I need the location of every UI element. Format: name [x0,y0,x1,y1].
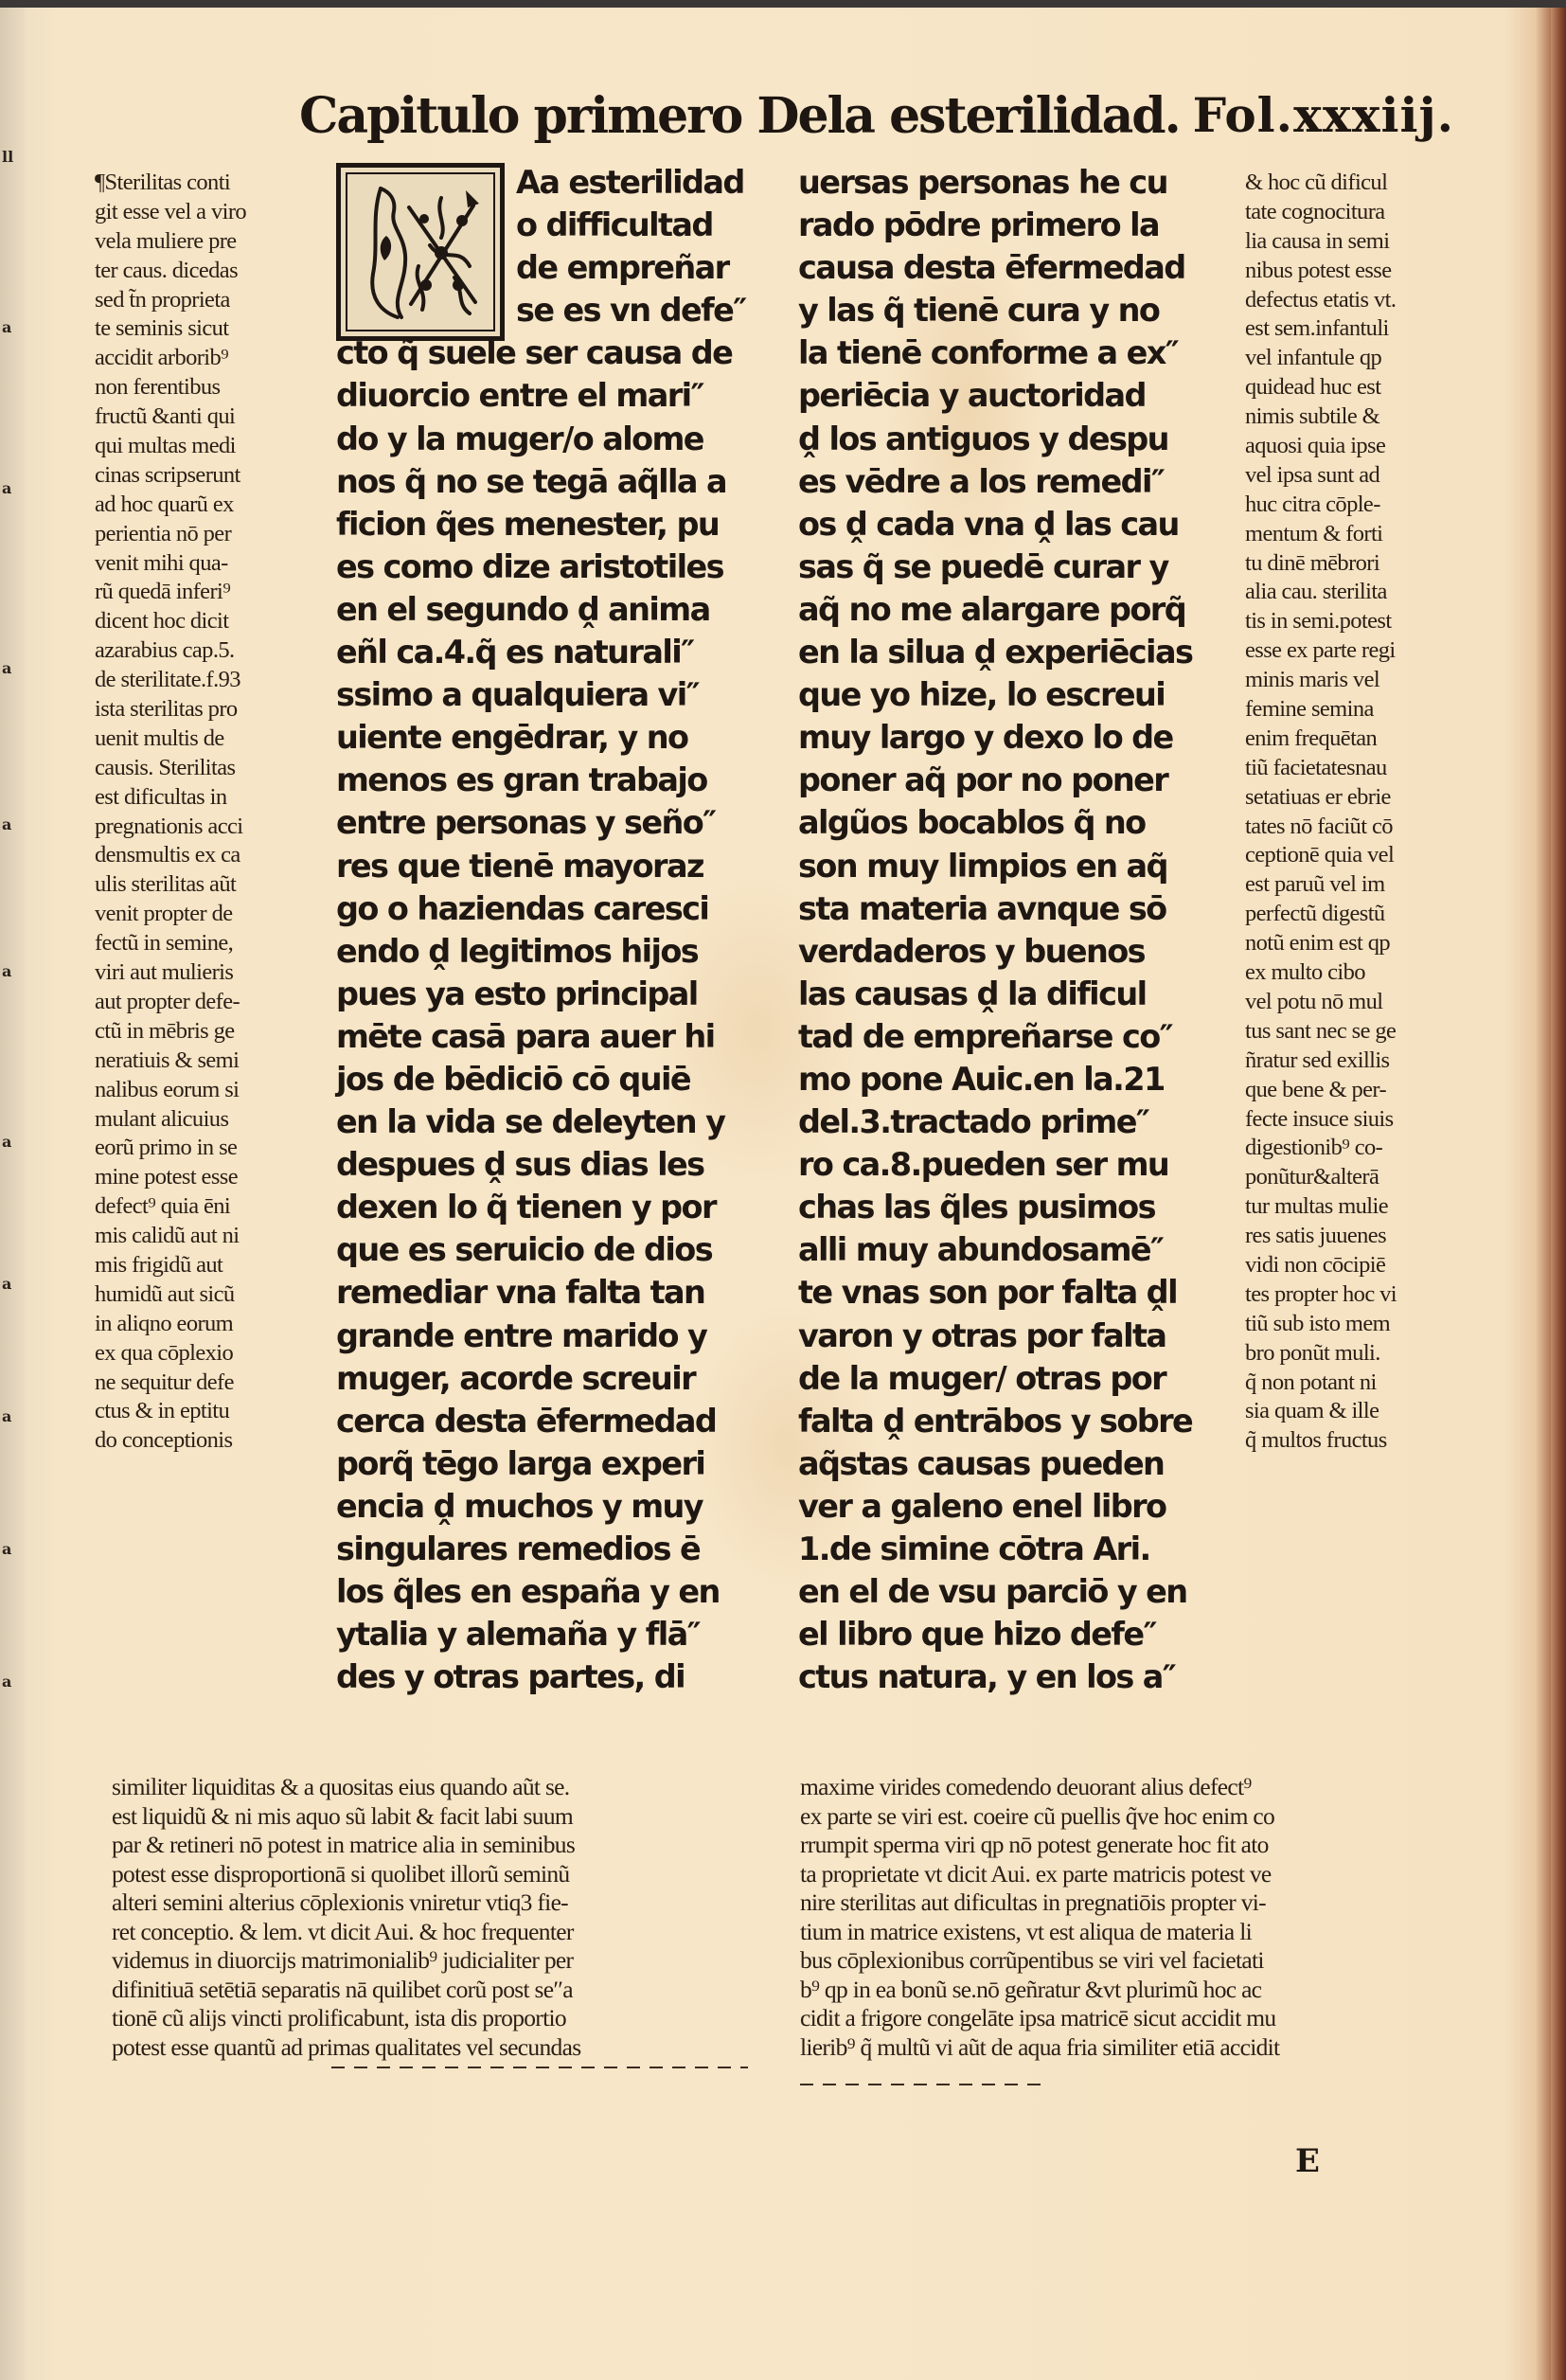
text-line: digestionib⁹ co- [1245,1134,1463,1163]
text-line: potest esse quantũ ad primas qualitates … [112,2033,765,2063]
text-line: mine potest esse [95,1163,308,1192]
text-line: te seminis sicut [95,314,308,344]
dashed-rule-left [331,2067,748,2068]
gutter-mark: a [2,320,13,335]
text-line: tis in semi.potest [1245,607,1463,636]
text-line: mo pone Auic.en la.21 [798,1058,1215,1101]
text-line: pregnationis acci [95,813,308,842]
text-line: ta proprietate vt dicit Aui. ex parte ma… [800,1860,1453,1889]
text-line: es como dize aristotiles [336,546,753,588]
text-line: remediar vna falta tan [336,1271,753,1314]
text-line: ponũtur&alterā [1245,1163,1463,1192]
text-line: chas las q̃les pusimos [798,1186,1215,1228]
text-line: del.3.tractado prime″ [798,1101,1215,1143]
text-line: des y otras partes, di [336,1655,753,1698]
text-line: aquosi quia ipse [1245,432,1463,461]
text-line: vel infantule qp [1245,344,1463,373]
text-line: mis calidũ aut ni [95,1222,308,1251]
text-line: est paruũ vel im [1245,870,1463,900]
text-line: ad hoc quarũ ex [95,491,308,520]
gutter-mark: a [2,964,13,979]
text-line: potest esse disproportionā si quolibet i… [112,1860,765,1889]
text-line: venit propter de [95,900,308,929]
page-edge [1551,8,1566,2380]
text-line: videmus in diuorcijs matrimonialib⁹ judi… [112,1946,765,1976]
text-line: alli muy abundosamē″ [798,1228,1215,1271]
text-line: mis frigidũ aut [95,1251,308,1280]
text-line: singulares remedios ē [336,1528,753,1570]
text-line: ceptionē quia vel [1245,841,1463,870]
gutter-mark: a [2,1409,13,1424]
text-line: huc citra cōple- [1245,491,1463,520]
text-line: 1.de simine cōtra Ari. [798,1528,1215,1570]
text-line: ret conceptio. & lem. vt dicit Aui. & ho… [112,1918,765,1947]
text-line: q̃ non potant ni [1245,1369,1463,1398]
text-line: git esse vel a viro [95,198,308,227]
text-line: de sterilitate.f.93 [95,666,308,695]
text-line: tus sant nec se ge [1245,1017,1463,1047]
text-line: periēcia y auctoridad [798,374,1215,417]
text-line: esse ex parte regi [1245,636,1463,666]
woodcut-initial-icon [352,179,489,325]
text-line: os ḓ cada vna ḓ las cau [798,503,1215,546]
text-line: alteri semini alterius cōplexionis vnire… [112,1888,765,1918]
text-line: defectus etatis vt. [1245,286,1463,315]
text-line: bro ponũt muli. [1245,1339,1463,1369]
text-line: uiente engēdrar, y no [336,716,753,759]
text-line: res que tienē mayoraz [336,845,753,887]
text-line: de la muger/ otras por [798,1357,1215,1400]
text-line: algũos bocablos q̃ no [798,801,1215,844]
text-line: densmultis ex ca [95,841,308,870]
chapter-title: Capitulo primero Dela esterilidad. [299,87,1180,145]
text-line: sia quam & ille [1245,1397,1463,1426]
text-line: quidead huc est [1245,373,1463,403]
text-line: los q̃les en españa y en [336,1570,753,1613]
text-line: viri aut mulieris [95,958,308,988]
right-margin-gloss: & hoc cũ dificultate cognocituralia caus… [1245,169,1463,1456]
text-line: que yo hize, lo escreui [798,673,1215,716]
text-line: setatiuas er ebrie [1245,783,1463,813]
text-line: muy largo y dexo lo de [798,716,1215,759]
text-line: & hoc cũ dificul [1245,169,1463,198]
text-line: fructũ &anti qui [95,403,308,432]
text-line: tu dinē mēbrori [1245,549,1463,579]
text-line: aq̃stas causas pueden [798,1442,1215,1485]
text-line: do y la muger/o alome [336,418,753,460]
text-line: go o haziendas caresci [336,887,753,930]
gutter-mark: a [2,481,13,496]
text-line: cidit a frigore congelāte ipsa matricē s… [800,2004,1453,2033]
text-line: tad de empreñarse co″ [798,1015,1215,1058]
text-line: son muy limpios en aq̃ [798,845,1215,887]
text-line: do conceptionis [95,1426,308,1456]
text-line: ḓ los antiguos y despu [798,418,1215,460]
text-line: ñratur sed exillis [1245,1047,1463,1076]
text-line: femine semina [1245,695,1463,725]
text-line: est sem.infantuli [1245,314,1463,344]
text-line: nalibus eorum si [95,1076,308,1105]
bottom-gloss-right: maxime virides comedendo deuorant alius … [800,1773,1453,2062]
text-line: q̃ multos fructus [1245,1426,1463,1456]
text-line: vela muliere pre [95,227,308,257]
text-line: ex multo cibo [1245,958,1463,988]
text-line: aq̃ no me alargare porq̃ [798,588,1215,631]
text-line: ter caus. dicedas [95,257,308,286]
text-line: en el segundo ḓ anima [336,588,753,631]
text-line: ista sterilitas pro [95,695,308,725]
text-column-2: uersas personas he curado pōdre primero … [798,161,1215,1698]
text-line: vel potu nō mul [1245,988,1463,1017]
text-line: en la vida se deleyten y [336,1101,753,1143]
text-line: ver a galeno enel libro [798,1485,1215,1528]
text-line: que es seruicio de dios [336,1228,753,1271]
text-line: venit mihi qua- [95,549,308,579]
text-line: nimis subtile & [1245,403,1463,432]
text-line: sta materia avnque sō [798,887,1215,930]
text-line: rrumpit sperma viri qp nō potest generat… [800,1831,1453,1860]
text-line: vidi non cōcipiē [1245,1251,1463,1280]
decorated-initial [336,163,505,341]
text-line: nire sterilitas aut dificultas in pregna… [800,1888,1453,1918]
text-line: azarabius cap.5. [95,636,308,666]
text-line: ctus natura, y en los a″ [798,1655,1215,1698]
text-line: ¶Sterilitas conti [95,169,308,198]
text-line: porq̃ tēgo larga experi [336,1442,753,1485]
text-line: ex qua cōplexio [95,1339,308,1369]
text-line: perientia nō per [95,520,308,549]
text-line: fectũ in semine, [95,929,308,958]
text-line: causa desta ēfermedad [798,246,1215,289]
text-line: el libro que hizo defe″ [798,1613,1215,1655]
text-line: tate cognocitura [1245,198,1463,227]
text-line: b⁹ qp in ea bonũ se.nō geñratur &vt plur… [800,1976,1453,2005]
text-line: notũ enim est qp [1245,929,1463,958]
text-line: dexen lo q̃ tienen y por [336,1186,753,1228]
text-line: y las q̃ tienē cura y no [798,289,1215,331]
text-line: perfectũ digestũ [1245,900,1463,929]
text-line: bus cōplexionibus corrũpentibus se viri … [800,1946,1453,1976]
text-line: tionē cũ alijs vincti prolificabunt, ist… [112,2004,765,2033]
text-line: accidit arborib⁹ [95,344,308,373]
text-line: ctus & in eptitu [95,1397,308,1426]
gutter-mark: a [2,1674,13,1690]
text-line: cinas scripserunt [95,461,308,491]
text-line: nibus potest esse [1245,257,1463,286]
text-line: uenit multis de [95,725,308,754]
text-line: ne sequitur defe [95,1369,308,1398]
text-line: tates nō faciũt cō [1245,813,1463,842]
text-line: ytalia y alemaña y flā″ [336,1613,753,1655]
text-line: est dificultas in [95,783,308,813]
text-line: rũ quedā inferi⁹ [95,578,308,607]
text-line: causis. Sterilitas [95,754,308,783]
text-line: non ferentibus [95,373,308,403]
text-line: ficion q̃es menester, pu [336,503,753,546]
text-line: alia cau. sterilita [1245,578,1463,607]
text-line: eorũ primo in se [95,1134,308,1163]
text-line: las causas ḓ la dificul [798,973,1215,1015]
text-line: grande entre marido y [336,1315,753,1357]
text-line: en el de vsu parciō y en [798,1570,1215,1613]
text-line: qui multas medi [95,432,308,461]
gutter-mark: a [2,817,13,832]
gutter-mark: ll [2,150,13,165]
text-line: similiter liquiditas & a quositas eius q… [112,1773,765,1802]
text-line: par & retineri nō potest in matrice alia… [112,1831,765,1860]
text-line: res satis juuenes [1245,1222,1463,1251]
text-line: fecte insuce siuis [1245,1105,1463,1135]
text-line: que bene & per- [1245,1076,1463,1105]
text-line: defect⁹ quia ēni [95,1192,308,1222]
text-line: en la silua ḓ experiēcias [798,631,1215,673]
text-line: in aliqno eorum [95,1310,308,1339]
text-line: tiũ facietatesnau [1245,754,1463,783]
text-line: eñl ca.4.q̃ es naturali″ [336,631,753,673]
text-line: lia causa in semi [1245,227,1463,257]
text-line: maxime virides comedendo deuorant alius … [800,1773,1453,1802]
text-line: mēte casā para auer hi [336,1015,753,1058]
text-line: endo ḓ legitimos hijos [336,930,753,973]
gutter-mark: a [2,1542,13,1557]
text-line: diuorcio entre el mari″ [336,374,753,417]
text-line: ro ca.8.pueden ser mu [798,1143,1215,1186]
text-line: ssimo a qualquiera vi″ [336,673,753,716]
text-line: ctũ in mēbris ge [95,1017,308,1047]
text-line: verdaderos y buenos [798,930,1215,973]
text-line: tium in matrice existens, vt est aliqua … [800,1918,1453,1947]
text-line: est liquidũ & ni mis aquo sũ labit & fac… [112,1802,765,1832]
text-line: jos de bēdiciō cō quiē [336,1058,753,1101]
text-line: la tienē conforme a ex″ [798,331,1215,374]
text-line: encia ḓ muchos y muy [336,1485,753,1528]
text-line: tur multas mulie [1245,1192,1463,1222]
text-line: aut propter defe- [95,988,308,1017]
catchword: E [1295,2142,1320,2180]
gutter-binding: llaaaaaaaaaa [0,8,25,2380]
text-line: pues ya esto principal [336,973,753,1015]
text-line: uersas personas he cu [798,161,1215,204]
text-line: nos q̃ no se tegā aq̃lla a [336,460,753,503]
text-line: humidũ aut sicũ [95,1280,308,1310]
gutter-mark: a [2,661,13,676]
text-line: te vnas son por falta ḓl [798,1271,1215,1314]
text-line: despues ḓ sus dias les [336,1143,753,1186]
text-line: rado pōdre primero la [798,204,1215,246]
text-line: difinitiuā setētiā separatis nā quilibet… [112,1976,765,2005]
text-line: varon y otras por falta [798,1315,1215,1357]
text-line: lierib⁹ q̃ multũ vi aũt de aqua fria sim… [800,2033,1453,2063]
text-line: falta ḓ entrābos y sobre [798,1400,1215,1442]
text-line: tiũ sub isto mem [1245,1310,1463,1339]
dashed-rule-right [800,2084,1046,2085]
running-header: Capitulo primero Dela esterilidad. Fol.x… [299,87,1473,153]
text-line: cerca desta ēfermedad [336,1400,753,1442]
text-line: entre personas y seño″ [336,801,753,844]
gutter-mark: a [2,1135,13,1150]
text-line: enim frequētan [1245,725,1463,754]
text-line: vel ipsa sunt ad [1245,461,1463,491]
text-line: neratiuis & semi [95,1047,308,1076]
text-line: ex parte se viri est. coeire cũ puellis … [800,1802,1453,1832]
left-margin-gloss: ¶Sterilitas contigit esse vel a virovela… [95,169,308,1456]
gutter-mark: a [2,1277,13,1292]
text-line: poner aq̃ por no poner [798,759,1215,801]
folio-number: Fol.xxxiij. [1193,87,1454,143]
text-line: ulis sterilitas aũt [95,870,308,900]
bottom-gloss-left: similiter liquiditas & a quositas eius q… [112,1773,765,2062]
text-column-1: Aa esterilidado difficultadde empreñarse… [336,161,753,1698]
text-line: sed t̃n proprieta [95,286,308,315]
text-line: menos es gran trabajo [336,759,753,801]
text-line: dicent hoc dicit [95,607,308,636]
text-line: es vēdre a los remedi″ [798,460,1215,503]
text-line: muger, acorde screuir [336,1357,753,1400]
text-line: sas q̃ se puedē curar y [798,546,1215,588]
text-line: minis maris vel [1245,666,1463,695]
text-line: mentum & forti [1245,520,1463,549]
text-line: mulant alicuius [95,1105,308,1135]
text-line: tes propter hoc vi [1245,1280,1463,1310]
